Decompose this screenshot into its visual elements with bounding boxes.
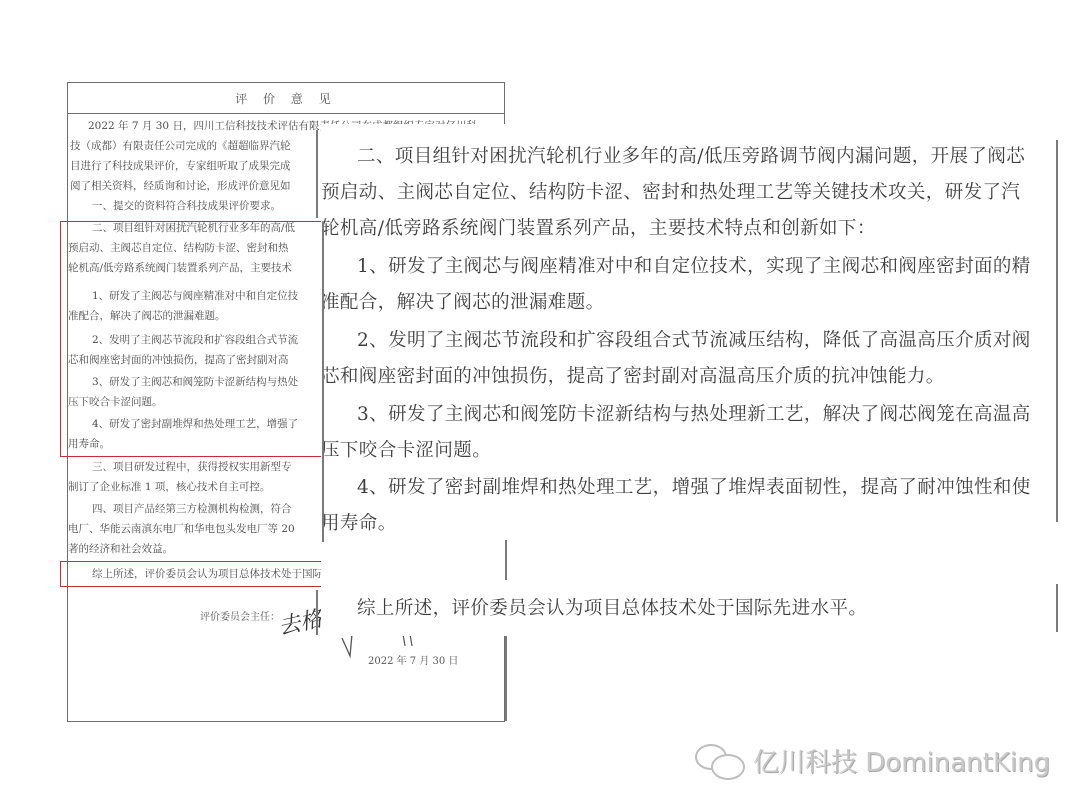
excerpt-line: 轮机高/低旁路系统阀门装置系列产品，主要技术特点和创新如下： (321, 218, 876, 240)
doc-paragraph-line: 著的经济和社会效益。 (68, 543, 173, 556)
excerpt-line: 预启动、主阀芯自定位、结构防卡涩、密封和热处理工艺等关键技术攻关，研发了汽 (321, 182, 1020, 204)
signature-date: 2022 年 7 月 30 日 (368, 652, 458, 667)
doc-right-border-lower (505, 636, 507, 721)
excerpt-line: 2、发明了主阀芯节流段和扩容段组合式节流减压结构，降低了高温高压介质对阀 (357, 330, 1031, 352)
excerpt-left-border (322, 222, 324, 542)
excerpt-line: 二、项目组针对困扰汽轮机行业多年的高/低压旁路调节阀内漏问题，开展了阀芯 (357, 146, 1025, 168)
excerpt-conclusion: 综上所述，评价委员会认为项目总体技术处于国际先进水平。 (357, 598, 867, 620)
excerpt-right-border-lower (1056, 584, 1058, 632)
excerpt-line: 1、研发了主阀芯与阀座精准对中和自定位技术，实现了主阀芯和阀座密封面的精 (357, 256, 1031, 278)
wechat-icon (695, 744, 745, 778)
doc-paragraph-line: 制订了企业标准 1 项，核心技术自主可控。 (68, 481, 270, 494)
doc-paragraph-line: 三、项目研发过程中，获得授权实用新型专 (92, 461, 292, 474)
document-title: 评 价 意 见 (68, 83, 504, 114)
doc-paragraph-line: 技（成都）有限责任公司完成的《超超临界汽轮 (70, 140, 291, 153)
excerpt-left-border-upper (316, 130, 318, 218)
signature-label: 评价委员会主任： (200, 608, 280, 623)
doc-paragraph-line: 四、项目产品经第三方检测机构检测，符合 (92, 503, 292, 516)
excerpt-left-border-lower (316, 590, 318, 635)
wechat-watermark: 亿川科技 DominantKing (695, 742, 1050, 779)
excerpt-right-border (1056, 140, 1058, 522)
zoomed-excerpt-panel: 二、项目组针对困扰汽轮机行业多年的高/低压旁路调节阀内漏问题，开展了阀芯 预启动… (321, 124, 1054, 636)
doc-paragraph-line: 阅了相关资料，经质询和讨论，形成评价意见如 (70, 180, 291, 193)
excerpt-line: 压下咬合卡涩问题。 (321, 440, 491, 462)
doc-paragraph-line: 一、提交的资料符合科技成果评价要求。 (92, 200, 281, 213)
doc-paragraph-line: 目进行了科技成果评价，专家组听取了成果完成 (70, 160, 291, 173)
doc-right-border-segment (505, 540, 507, 580)
highlight-box-innovations (60, 221, 322, 457)
excerpt-line: 芯和阀座密封面的冲蚀损伤，提高了密封副对高温高压介质的抗冲蚀能力。 (321, 366, 945, 388)
excerpt-line: 准配合，解决了阀芯的泄漏难题。 (321, 292, 605, 314)
excerpt-line: 3、研发了主阀芯和阀笼防卡涩新结构与热处理新工艺，解决了阀芯阀笼在高温高 (357, 404, 1031, 426)
excerpt-line: 用寿命。 (321, 513, 397, 535)
doc-paragraph-line: 电厂、华能云南滇东电厂和华电包头发电厂等 20 (68, 523, 295, 536)
watermark-text: 亿川科技 DominantKing (753, 742, 1050, 779)
excerpt-line: 4、研发了密封副堆焊和热处理工艺，增强了堆焊表面韧性，提高了耐冲蚀性和使 (357, 477, 1031, 499)
